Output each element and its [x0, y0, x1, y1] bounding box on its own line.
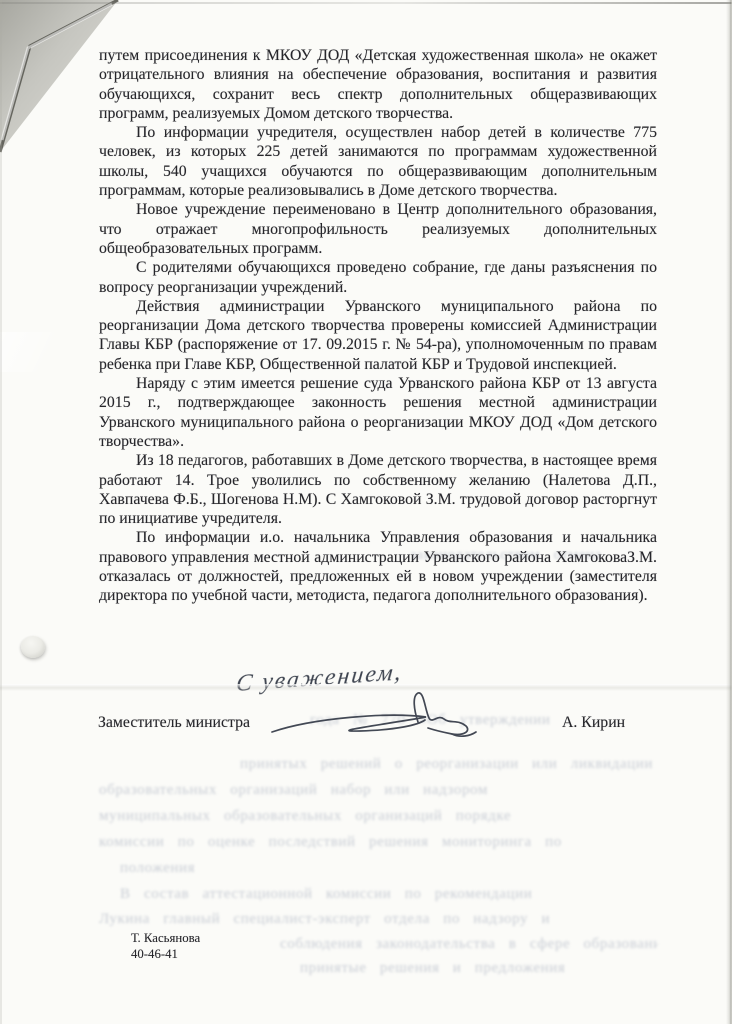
paragraph: Действия администрации Урванского муници… [99, 297, 657, 374]
bleed-through-line: комиссии по оценке последствий решения м… [99, 834, 657, 851]
signer-name: А. Кирин [562, 714, 625, 732]
paper-crease [0, 684, 732, 691]
paragraph: С родителями обучающихся проведено собра… [99, 258, 657, 297]
signer-title: Заместитель министра [98, 714, 250, 732]
paragraph: По информации учредителя, осуществлен на… [99, 123, 657, 200]
bleed-through-line: Лукина главный специалист-эксперт отдела… [99, 911, 657, 928]
paragraph: По информации и.о. начальника Управления… [99, 528, 657, 605]
bleed-through-line: принятые решения и предложения [300, 960, 658, 977]
paragraph: путем присоединения к МКОУ ДОД «Детская … [99, 46, 657, 123]
paper-wrinkle [0, 332, 70, 372]
bleed-through-line: положения [120, 860, 320, 877]
bleed-through-line: образовательных организаций набор или на… [99, 782, 657, 799]
punch-hole [21, 636, 45, 658]
scan-edge-right [726, 0, 732, 1024]
executor-name: Т. Касьянова [131, 930, 200, 946]
paragraph: Новое учреждение переименовано в Центр д… [99, 200, 657, 258]
executor-phone: 40-46-41 [131, 946, 200, 962]
paragraph: Из 18 педагогов, работавших в Доме детск… [99, 451, 657, 528]
letter-body: путем присоединения к МКОУ ДОД «Детская … [99, 46, 657, 606]
signature-scribble [268, 686, 488, 758]
scanned-letter-page: законодательством отмена года № 770 «Об … [0, 0, 732, 1024]
bleed-through-line: соблюдения законодательства в сфере обра… [280, 936, 658, 953]
paragraph: Наряду с этим имеется решение суда Урван… [99, 374, 657, 451]
scan-edge-bottom [0, 1011, 732, 1024]
scan-edge-top [0, 2, 732, 4]
bleed-through-line: муниципальных образовательных организаци… [99, 808, 657, 825]
bleed-through-line: В состав аттестационной комиссии по реко… [120, 886, 640, 903]
bleed-through-line: принятых решений о реорганизации или лик… [240, 756, 660, 773]
executor-block: Т. Касьянова 40-46-41 [131, 930, 200, 962]
scan-edge-left [0, 0, 2, 1024]
